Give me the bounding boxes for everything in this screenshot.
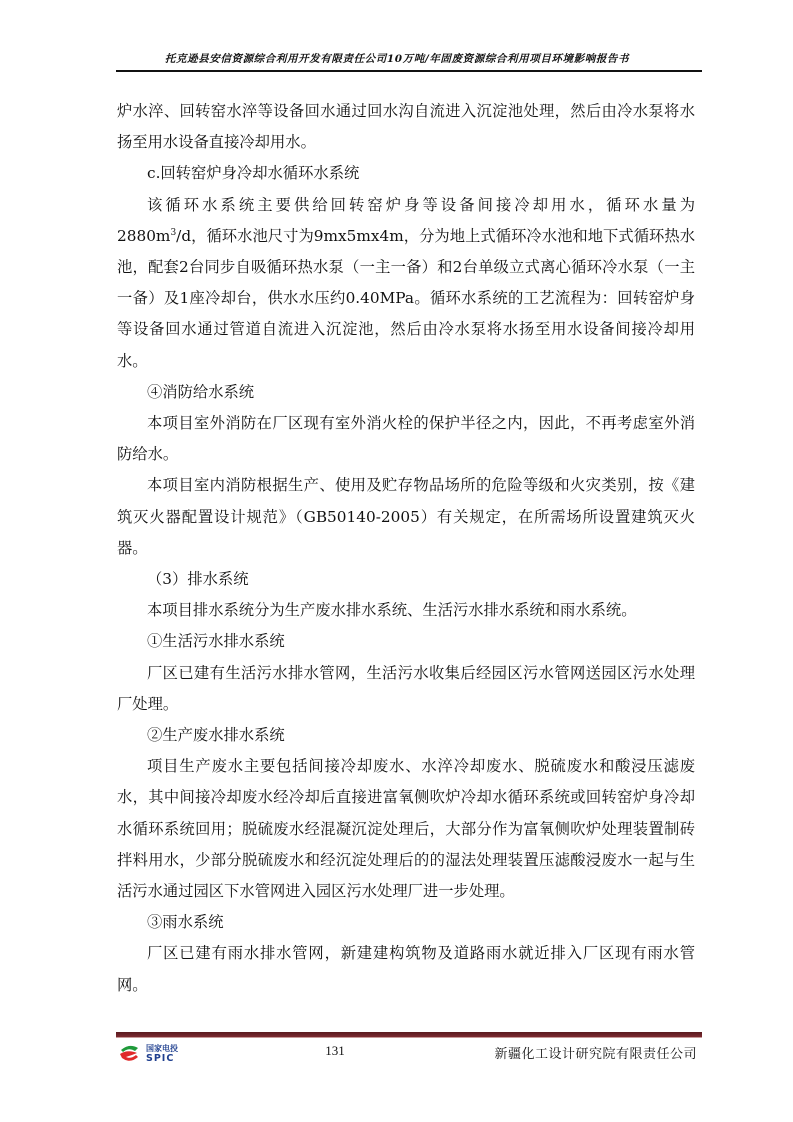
logo-text-en: SPIC [146, 1053, 174, 1064]
paragraph: 炉水淬、回转窑水淬等设备回水通过回水沟自流进入沉淀池处理，然后由冷水泵将水扬至用… [117, 96, 695, 158]
footer-rule [116, 1032, 702, 1038]
section-heading: （3）排水系统 [117, 564, 695, 595]
page-number: 131 [310, 1043, 360, 1059]
paragraph: 项目生产废水主要包括间接冷却废水、水淬冷却废水、脱硫废水和酸浸压滤废水，其中间接… [117, 751, 695, 907]
spic-logo: 国家电投 SPIC [118, 1042, 198, 1066]
section-heading: ③雨水系统 [117, 907, 695, 938]
spic-logo-icon [118, 1042, 140, 1064]
paragraph: 厂区已建有生活污水排水管网，生活污水收集后经园区污水管网送园区污水处理厂处理。 [117, 658, 695, 720]
section-heading: c.回转窑炉身冷却水循环水系统 [117, 158, 695, 189]
paragraph-text: /d，循环水池尺寸为9mx5mx4m，分为地上式循环冷水池和地下式循环热水池，配… [117, 227, 695, 370]
footer-organization: 新疆化工设计研究院有限责任公司 [494, 1043, 697, 1062]
paragraph: 本项目室内消防根据生产、使用及贮存物品场所的危险等级和火灾类别，按《建筑灭火器配… [117, 470, 695, 564]
document-header-title: 托克逊县安信资源综合利用开发有限责任公司10万吨/年固废资源综合利用项目环境影响… [117, 51, 677, 66]
section-heading: ①生活污水排水系统 [117, 626, 695, 657]
section-heading: ④消防给水系统 [117, 377, 695, 408]
paragraph: 本项目室外消防在厂区现有室外消火栓的保护半径之内，因此，不再考虑室外消防给水。 [117, 408, 695, 470]
header-rule [116, 70, 702, 72]
document-body: 炉水淬、回转窑水淬等设备回水通过回水沟自流进入沉淀池处理，然后由冷水泵将水扬至用… [117, 96, 695, 1001]
paragraph: 本项目排水系统分为生产废水排水系统、生活污水排水系统和雨水系统。 [117, 595, 695, 626]
section-heading: ②生产废水排水系统 [117, 720, 695, 751]
paragraph: 该循环水系统主要供给回转窑炉身等设备间接冷却用水，循环水量为2880m3/d，循… [117, 190, 695, 377]
paragraph: 厂区已建有雨水排水管网，新建建构筑物及道路雨水就近排入厂区现有雨水管网。 [117, 938, 695, 1000]
